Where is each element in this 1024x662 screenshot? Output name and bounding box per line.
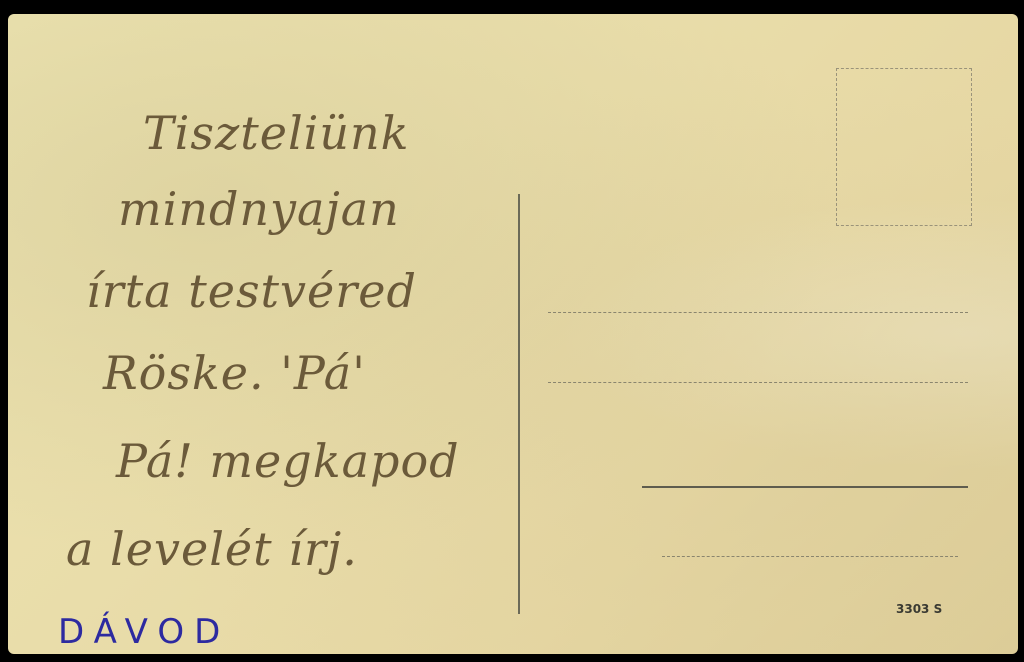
stamp-box <box>836 68 972 226</box>
address-line <box>548 382 968 383</box>
handwriting-line: írta testvéred <box>86 264 417 318</box>
address-line <box>662 556 958 557</box>
place-name: DÁVOD <box>58 612 230 652</box>
address-line <box>548 312 968 313</box>
handwriting-line: Röske. 'Pá' <box>103 346 366 400</box>
center-divider <box>518 194 520 614</box>
postcard-back: Tiszteliünk mindnyajan írta testvéred Rö… <box>8 14 1018 654</box>
print-code: 3303 S <box>896 602 942 616</box>
address-line <box>642 486 968 488</box>
handwriting-line: mindnyajan <box>118 182 400 236</box>
handwriting-line: Tiszteliünk <box>143 106 410 160</box>
handwriting-line: Pá! megkapod <box>116 434 460 488</box>
handwriting-line: a levelét írj. <box>66 522 358 576</box>
